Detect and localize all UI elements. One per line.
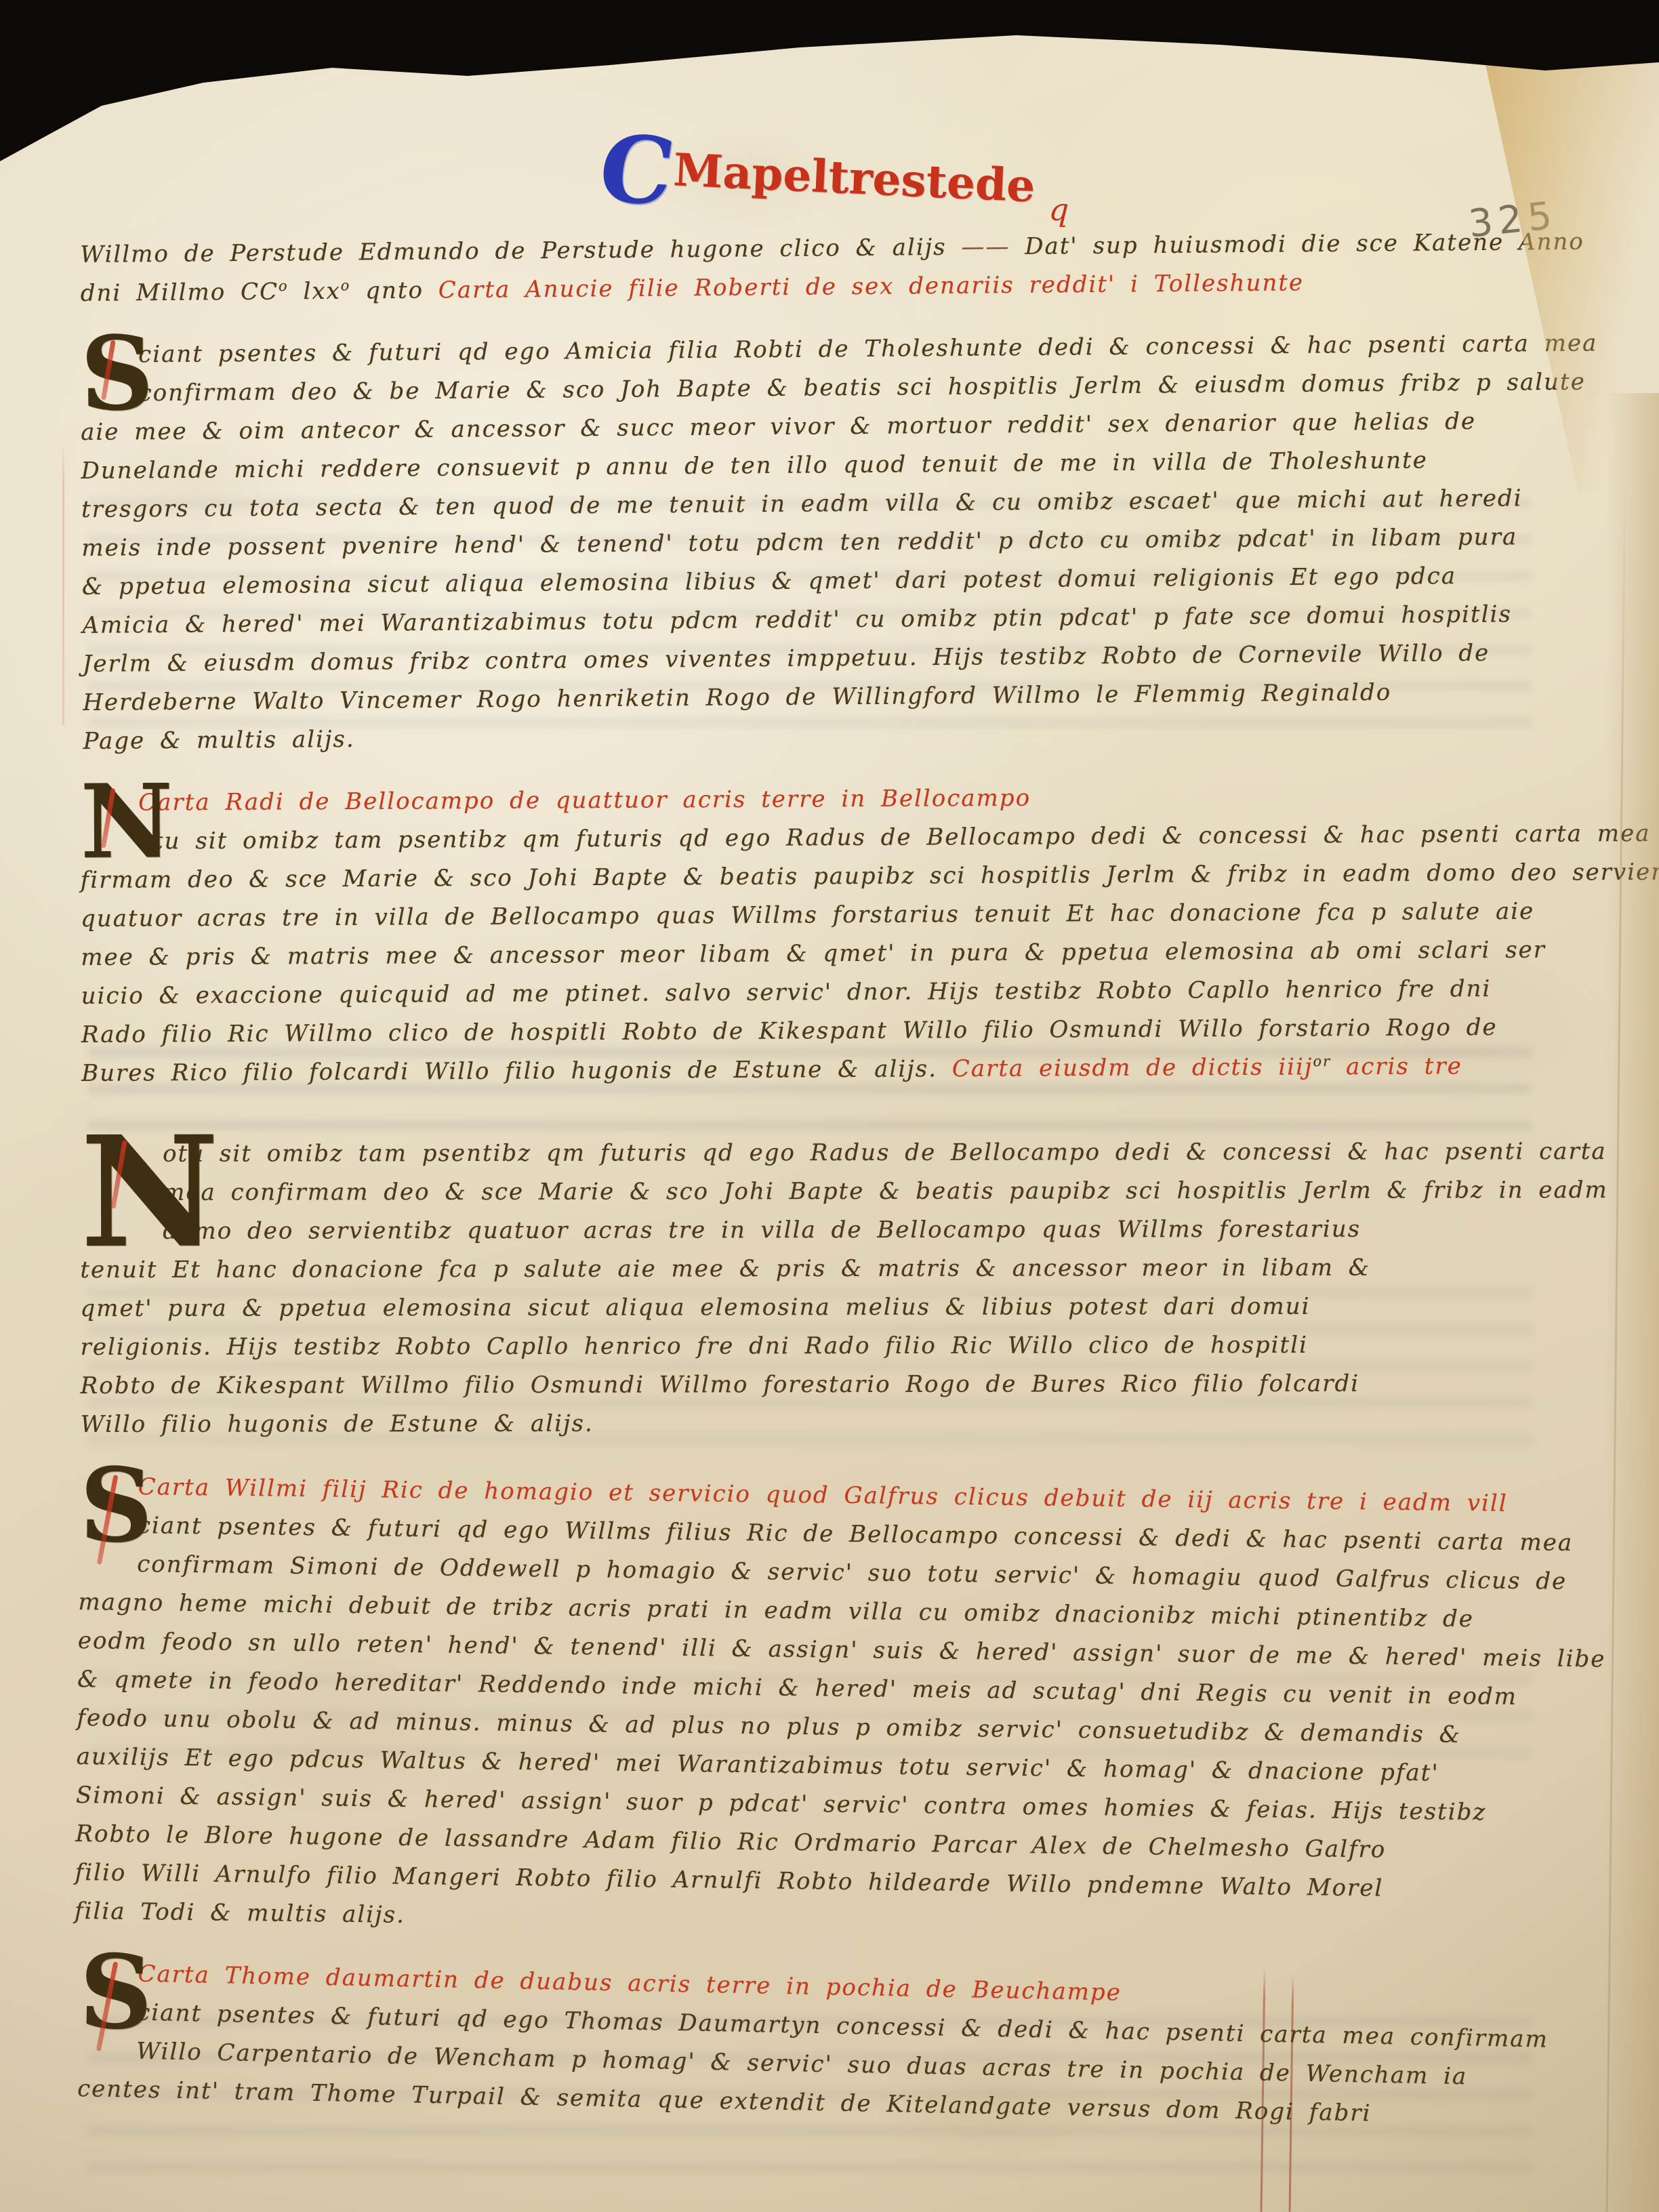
manuscript-line: Robto de Kikespant Willmo filio Osmundi …: [81, 1364, 1592, 1406]
running-header: CMapeltrestedeq: [598, 128, 1071, 230]
margin-ruling-line: [62, 441, 64, 725]
charter-section: SCarta Thome daumartin de duabus acris t…: [77, 1954, 1591, 2137]
paraph-initial: C: [594, 129, 679, 213]
charter-section: Willmo de Perstude Edmundo de Perstude h…: [80, 223, 1592, 313]
charter-section: NCarta Radi de Bellocampo de quattuor ac…: [80, 776, 1593, 1093]
manuscript-line: Bures Rico filio folcardi Willo filio hu…: [81, 1046, 1593, 1093]
decorated-initial: N: [80, 784, 139, 857]
header-flourish: q: [1048, 190, 1069, 228]
page-crease: [1606, 474, 1626, 2212]
manuscript-line: tenuit Et hanc donacione fca p salute ai…: [80, 1248, 1591, 1290]
charter-section: SCarta Willmi filij Ric de homagio et se…: [75, 1467, 1591, 1949]
decorated-initial: S: [79, 1467, 138, 1579]
manuscript-line: mea confirmam deo & sce Marie & sco Johi…: [80, 1171, 1591, 1212]
manuscript-line: religionis. Hijs testibz Robto Capllo he…: [80, 1326, 1591, 1367]
charter-section: Notu sit omibz tam psentibz qm futuris q…: [80, 1132, 1592, 1444]
manuscript-line: Willo filio hugonis de Estune & alijs.: [81, 1403, 1592, 1444]
decorated-initial: S: [80, 335, 139, 409]
running-header-title: Mapeltrestede: [672, 143, 1036, 212]
charter-section: Sciant psentes & futuri qd ego Amicia fi…: [80, 324, 1595, 760]
decorated-initial: N: [80, 1135, 163, 1219]
manuscript-line: qmet' pura & ppetua elemosina sicut aliq…: [80, 1287, 1591, 1328]
page-edge-shading: [1605, 393, 1659, 2212]
charter-text-body: Willmo de Perstude Edmundo de Perstude h…: [80, 236, 1591, 2108]
decorated-initial: S: [78, 1954, 138, 2066]
manuscript-line: domo deo servientibz quatuor acras tre i…: [80, 1210, 1591, 1251]
parchment-page: CMapeltrestedeq 325 Willmo de Perstude E…: [0, 0, 1659, 2212]
manuscript-photo: CMapeltrestedeq 325 Willmo de Perstude E…: [0, 0, 1659, 2212]
manuscript-line: otu sit omibz tam psentibz qm futuris qd…: [80, 1132, 1591, 1174]
